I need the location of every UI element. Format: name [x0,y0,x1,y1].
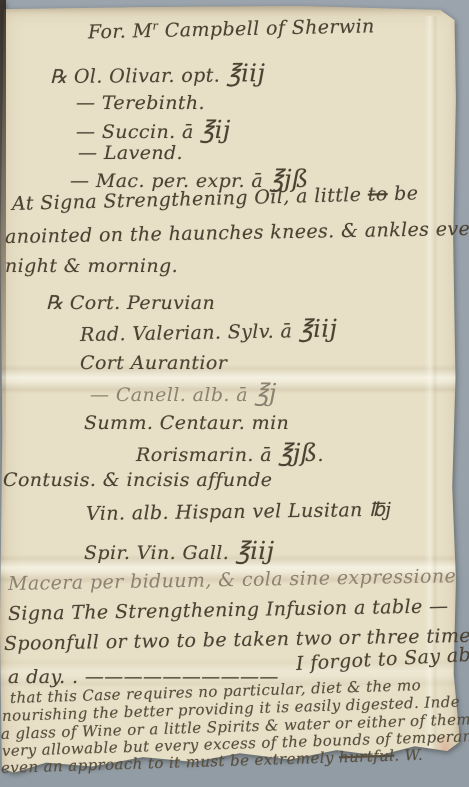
manuscript-line: anointed on the haunches knees. & ankles… [5,218,469,248]
manuscript-line: Signa The Strengthening Infusion a table… [8,595,449,625]
handwritten-text: Campbell of Sherwin [158,15,375,42]
manuscript-line: For. Mr Campbell of Sherwin [88,14,375,43]
manuscript-line: Contusis. & incisis affunde [3,469,272,491]
handwritten-text: ℥iij [226,58,265,87]
handwritten-text: . W. [394,746,423,765]
handwritten-text: Contusis. & incisis affunde [3,469,272,491]
handwritten-text: — Canell. alb. ā [90,384,254,406]
handwritten-text: Summ. Centaur. min [84,412,289,434]
handwritten-text: ℞ Ol. Olivar. opt. [50,64,227,88]
manuscript-line: — Canell. alb. ā ℥j [90,378,277,407]
handwritten-text: — Lavend. [78,142,183,164]
manuscript-line: Rorismarin. ā ℥jß. [136,438,324,467]
handwritten-text: Signa The Strengthening Infusion a table… [8,595,449,625]
scanned-document-view: For. Mr Campbell of Sherwin℞ Ol. Olivar.… [0,0,469,787]
handwritten-text: night & morning. [5,255,178,277]
handwritten-text: Macera per biduum, & cola sine expressio… [8,565,457,595]
manuscript-line: ℞ Ol. Olivar. opt. ℥iij [50,58,266,89]
manuscript-line: Spir. Vin. Gall. ℥iij [84,536,274,565]
manuscript-line: ℞ Cort. Peruvian [46,292,215,314]
handwritten-text: — Terebinth. [76,92,205,114]
handwritten-text: . [317,444,323,466]
handwritten-text: For. M [88,20,153,43]
manuscript-line: Cort Aurantior [80,352,227,374]
handwritten-text: — Succin. ā [76,121,200,143]
handwritten-text-layer: For. Mr Campbell of Sherwin℞ Ol. Olivar.… [0,0,469,787]
handwritten-text: Vin. alb. Hispan vel Lusitan ℔j [86,499,392,525]
struck-out-word: hurtful [339,747,395,767]
handwritten-text: ℥iij [236,536,275,565]
handwritten-text: ℥ij [200,115,231,144]
manuscript-line: Rad. Valerian. Sylv. ā ℥iij [80,314,338,347]
handwritten-text: Spir. Vin. Gall. [84,542,236,564]
struck-out-word: to [368,183,388,206]
manuscript-line: Summ. Centaur. min [84,412,289,434]
handwritten-text: be [387,182,418,205]
handwritten-text: ℥j [254,378,276,407]
handwritten-text: ℥iij [298,314,337,344]
manuscript-line: Macera per biduum, & cola sine expressio… [8,565,457,595]
handwritten-text: ℞ Cort. Peruvian [46,292,215,314]
handwritten-text: ℥jß [278,438,317,467]
manuscript-line: — Succin. ā ℥ij [76,115,231,144]
manuscript-line: Vin. alb. Hispan vel Lusitan ℔j [86,499,392,525]
handwritten-text: Rorismarin. ā [136,444,278,466]
handwritten-text: Rad. Valerian. Sylv. ā [80,320,299,346]
manuscript-line: night & morning. [5,255,178,277]
manuscript-line: — Terebinth. [76,92,205,114]
handwritten-text: At Signa Strengthening Oil, a little [12,184,368,215]
manuscript-line: — Lavend. [78,142,183,164]
handwritten-text: Cort Aurantior [80,352,227,374]
handwritten-text: anointed on the haunches knees. & ankles… [5,218,469,248]
